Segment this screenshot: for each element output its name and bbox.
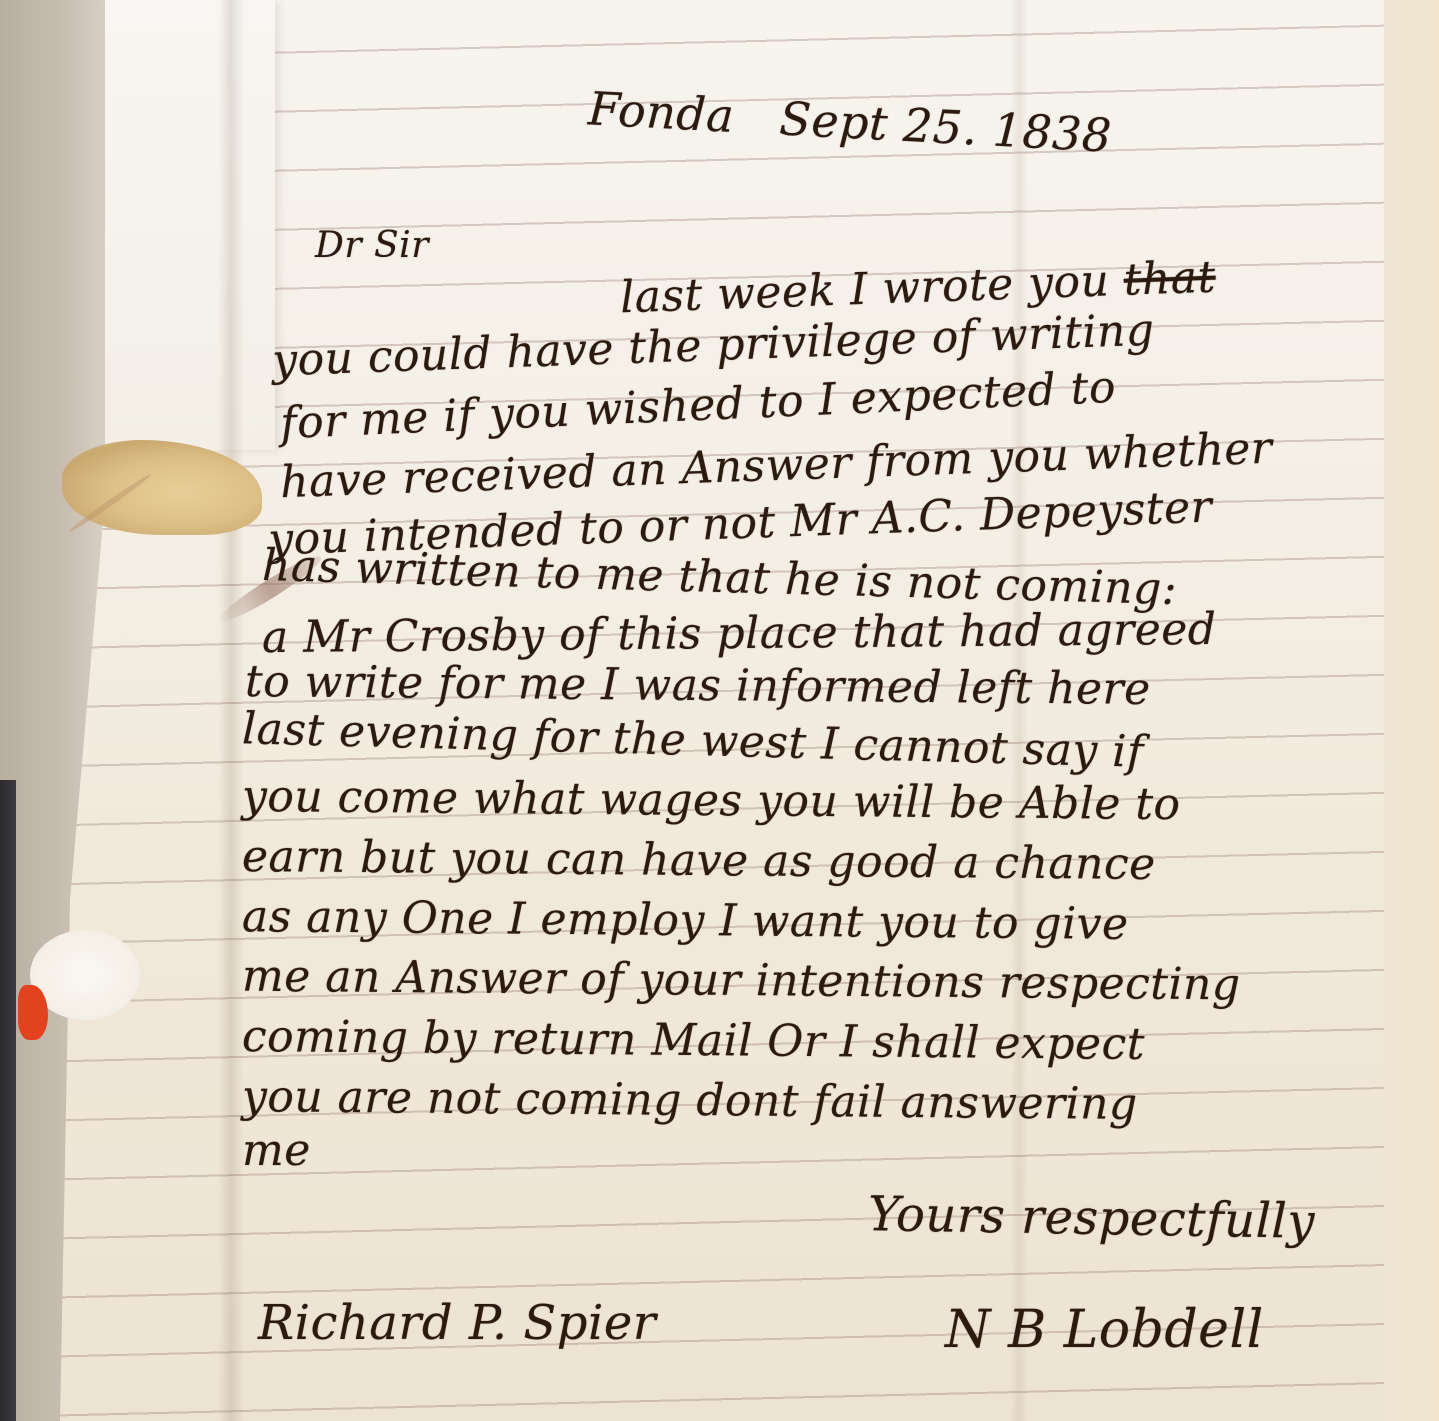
letter-line-7: a Mr Crosby of this place that had agree… [262,604,1217,663]
dark-background-edge [0,780,16,1421]
letter-line-14: coming by return Mail Or I shall expect [242,1011,1145,1070]
paper-right-edge [1384,0,1439,1421]
letter-line-10: you come what wages you will be Able to [242,771,1181,830]
signature: N B Lobdell [945,1300,1264,1360]
letter-line-11: earn but you can have as good a chance [242,831,1156,890]
recipient-name: Richard P. Spier [258,1295,656,1351]
salutation: Dr Sir [315,225,429,266]
fold-crease-left [218,0,244,1421]
heading-place: Fonda [587,81,736,143]
folded-paper-flap [105,0,275,450]
struck-word: that [1123,252,1217,306]
letter-line-15: you are not coming dont fail answering [242,1071,1138,1130]
closing: Yours respectfully [868,1186,1316,1250]
letter-line-16: me [242,1125,311,1176]
letter-line-12: as any One I employ I want you to give [242,891,1129,950]
letter-line-13: me an Answer of your intentions respecti… [242,951,1241,1011]
